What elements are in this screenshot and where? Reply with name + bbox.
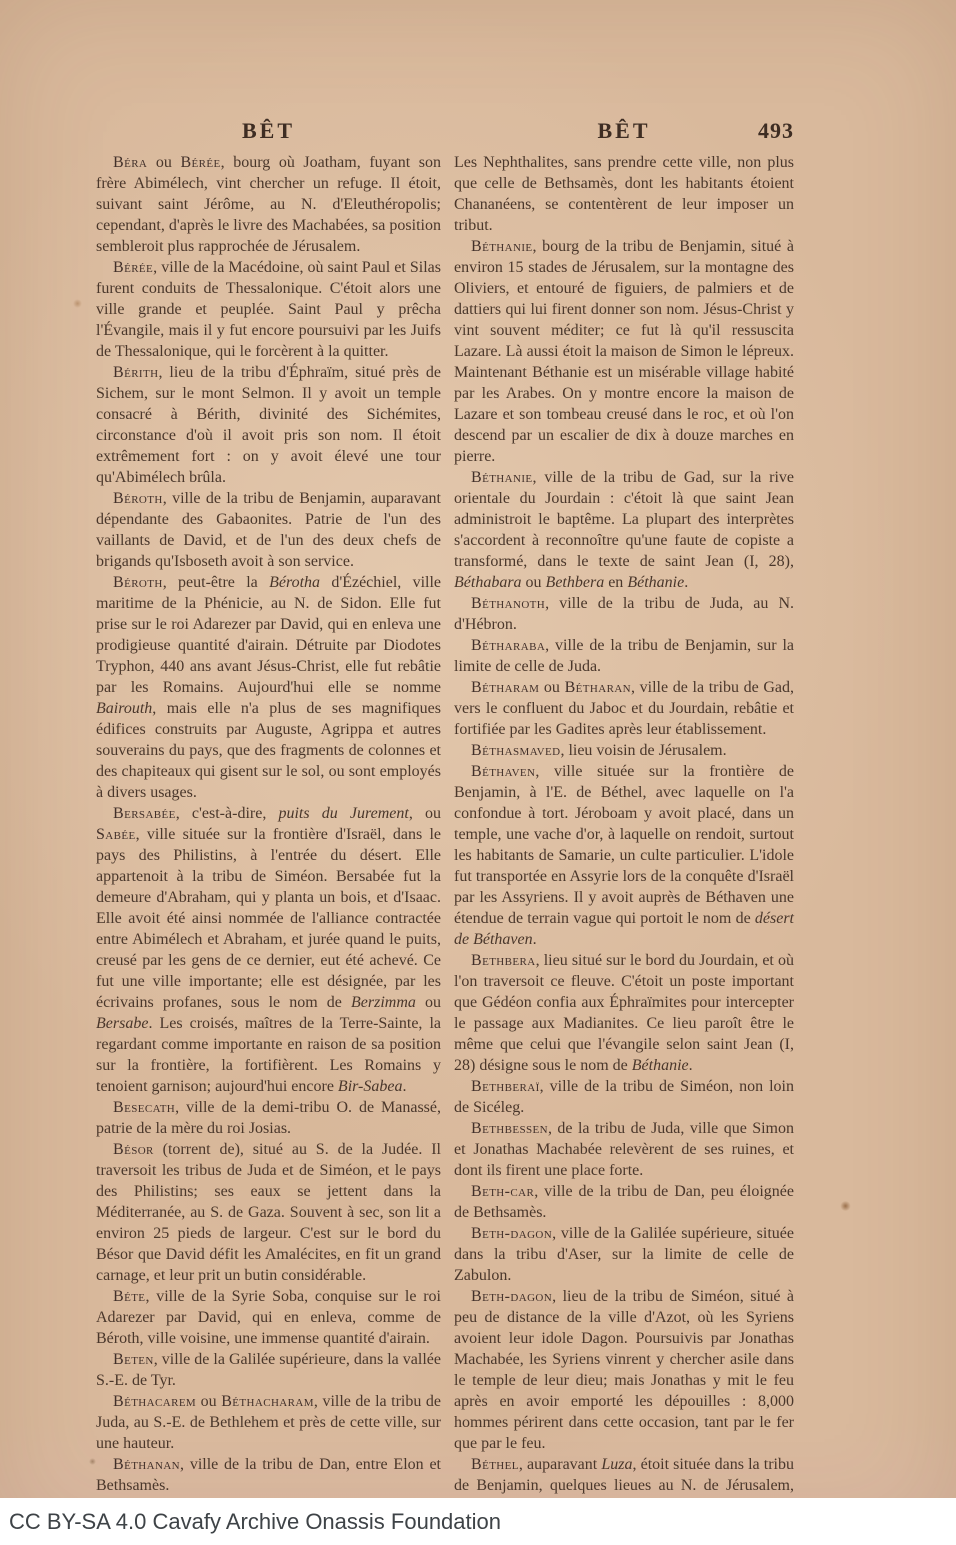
entry-paragraph: Beten, ville de la Galilée supérieure, d… [96, 1349, 441, 1391]
entry-paragraph: Béroth, ville de la tribu de Benjamin, a… [96, 488, 441, 572]
paper-stain [89, 1458, 96, 1465]
entry-paragraph: Bérée, ville de la Macédoine, où saint P… [96, 257, 441, 362]
entry-paragraph: Bérith, lieu de la tribu d'Éphraïm, situ… [96, 362, 441, 488]
entry-text: . [533, 931, 537, 948]
entry-headword: Béroth [113, 490, 163, 507]
entry-paragraph: Beth-dagon, lieu de la tribu de Siméon, … [454, 1286, 794, 1454]
entry-headword: Bésor [113, 1141, 154, 1158]
italic-term: Béthabara [454, 574, 522, 591]
entry-text: . [402, 1078, 406, 1095]
entry-headword: Bethbera [471, 952, 536, 969]
entry-headword: Béra [113, 154, 147, 171]
entry-headword: Besecath [113, 1099, 175, 1116]
entry-paragraph: Béthacarem ou Béthacharam, ville de la t… [96, 1391, 441, 1454]
entry-paragraph: Béthanie, bourg de la tribu de Benjamin,… [454, 236, 794, 467]
page-number: 493 [454, 118, 794, 144]
license-text: CC BY-SA 4.0 Cavafy Archive Onassis Foun… [9, 1509, 501, 1535]
entry-text: , lieu de la tribu de Siméon, situé à pe… [454, 1288, 794, 1452]
entry-headword: Béthanie [471, 469, 533, 486]
entry-paragraph: Béthanie, ville de la tribu de Gad, sur … [454, 467, 794, 593]
entry-text: en [604, 574, 627, 591]
entry-paragraph: Béthaven, ville située sur la frontière … [454, 761, 794, 950]
entry-headword: Béthacharam [221, 1393, 314, 1410]
entry-text: d'Ézéchiel, ville maritime de la Phénici… [96, 574, 441, 696]
entry-headword: Bétharaba [471, 637, 545, 654]
entry-text: , ville située sur la frontière d'Israël… [96, 826, 441, 1011]
entry-text: (torrent de), situé au S. de la Judée. I… [96, 1141, 441, 1284]
entry-text: , lieu de la tribu d'Éphraïm, situé près… [96, 364, 441, 486]
entry-paragraph: Bersabée, c'est-à-dire, puits du Juremen… [96, 803, 441, 1097]
entry-text: , bourg de la tribu de Benjamin, situé à… [454, 238, 794, 465]
entry-paragraph: Bésor (torrent de), situé au S. de la Ju… [96, 1139, 441, 1286]
entry-headword: Bérée [180, 154, 220, 171]
entry-headword: Béthacarem [113, 1393, 196, 1410]
entry-text: , ville de la Syrie Soba, conquise sur l… [96, 1288, 441, 1347]
entry-paragraph: Bétharaba, ville de la tribu de Benjamin… [454, 635, 794, 677]
entry-headword: Bérith [113, 364, 158, 381]
italic-term: Bir-Sabea [338, 1078, 403, 1095]
entry-paragraph: Béroth, peut-être la Bérotha d'Ézéchiel,… [96, 572, 441, 803]
italic-term: Bérotha [269, 574, 320, 591]
italic-term: puits du Jurement [278, 805, 408, 822]
entry-headword: Beth-dagon [471, 1288, 552, 1305]
running-title-left: BÊT [96, 118, 441, 144]
entry-text: , ou [409, 805, 441, 822]
italic-term: Béthanie [632, 1057, 689, 1074]
entry-paragraph: Beth-car, ville de la tribu de Dan, peu … [454, 1181, 794, 1223]
entry-text: ou [522, 574, 546, 591]
entry-headword: Bethbessen [471, 1120, 548, 1137]
entry-text: , ville située sur la frontière de Benja… [454, 763, 794, 927]
entry-paragraph: Bethberaï, ville de la tribu de Siméon, … [454, 1076, 794, 1118]
entry-headword: Béthanie [471, 238, 533, 255]
text-column-left: Béra ou Bérée, bourg où Joatham, fuyant … [96, 152, 441, 1538]
entry-text: . [684, 574, 688, 591]
entry-headword: Beth-car [471, 1183, 534, 1200]
entry-paragraph: Bétharam ou Bétharan, ville de la tribu … [454, 677, 794, 740]
entry-paragraph: Besecath, ville de la demi-tribu O. de M… [96, 1097, 441, 1139]
entry-paragraph: Béte, ville de la Syrie Soba, conquise s… [96, 1286, 441, 1349]
entry-text: Les Nephthalites, sans prendre cette vil… [454, 154, 794, 234]
entry-headword: Beth-dagon [471, 1225, 552, 1242]
text-column-right: Les Nephthalites, sans prendre cette vil… [454, 152, 794, 1517]
entry-headword: Béthanoth [471, 595, 545, 612]
italic-term: Béthanie [627, 574, 684, 591]
entry-headword: Bétharan [565, 679, 631, 696]
entry-headword: Bérée [113, 259, 153, 276]
entry-headword: Béthel [471, 1456, 519, 1473]
entry-text: ou [147, 154, 180, 171]
italic-term: Bairouth [96, 700, 152, 717]
entry-headword: Beten [113, 1351, 154, 1368]
entry-text: ou [539, 679, 564, 696]
entry-headword: Béroth [113, 574, 163, 591]
entry-headword: Béte [113, 1288, 145, 1305]
license-bar: CC BY-SA 4.0 Cavafy Archive Onassis Foun… [0, 1498, 956, 1545]
entry-text: , auparavant [519, 1456, 601, 1473]
entry-text: , lieu situé sur le bord du Jourdain, et… [454, 952, 794, 1074]
italic-term: Luza [601, 1456, 632, 1473]
entry-text: . [689, 1057, 693, 1074]
entry-text: , peut-être la [163, 574, 269, 591]
entry-paragraph: Béra ou Bérée, bourg où Joatham, fuyant … [96, 152, 441, 257]
entry-text: ou [196, 1393, 221, 1410]
entry-headword: Béthasmaved [471, 742, 560, 759]
entry-text: , lieu voisin de Jérusalem. [560, 742, 726, 759]
entry-paragraph: Béthanoth, ville de la tribu de Juda, au… [454, 593, 794, 635]
paper-stain [840, 1201, 851, 1211]
entry-paragraph: Beth-dagon, ville de la Galilée supérieu… [454, 1223, 794, 1286]
entry-headword: Bethberaï [471, 1078, 540, 1095]
entry-text: ou [416, 994, 441, 1011]
italic-term: Bersabe [96, 1015, 148, 1032]
entry-paragraph: Béthasmaved, lieu voisin de Jérusalem. [454, 740, 794, 761]
entry-headword: Béthaven [471, 763, 535, 780]
entry-text: , c'est-à-dire, [176, 805, 279, 822]
entry-headword: Bétharam [471, 679, 539, 696]
entry-headword: Bersabée [113, 805, 176, 822]
entry-paragraph: Bethbessen, de la tribu de Juda, ville q… [454, 1118, 794, 1181]
book-page-scan: BÊT BÊT 493 Béra ou Bérée, bourg où Joat… [0, 0, 956, 1545]
entry-paragraph: Les Nephthalites, sans prendre cette vil… [454, 152, 794, 236]
entry-paragraph: Bethbera, lieu situé sur le bord du Jour… [454, 950, 794, 1076]
paper-stain [73, 299, 82, 308]
italic-term: Berzimma [351, 994, 416, 1011]
entry-headword: Sabée [96, 826, 136, 843]
entry-paragraph: Béthanan, ville de la tribu de Dan, entr… [96, 1454, 441, 1496]
entry-headword: Béthanan [113, 1456, 180, 1473]
italic-term: Bethbera [546, 574, 605, 591]
